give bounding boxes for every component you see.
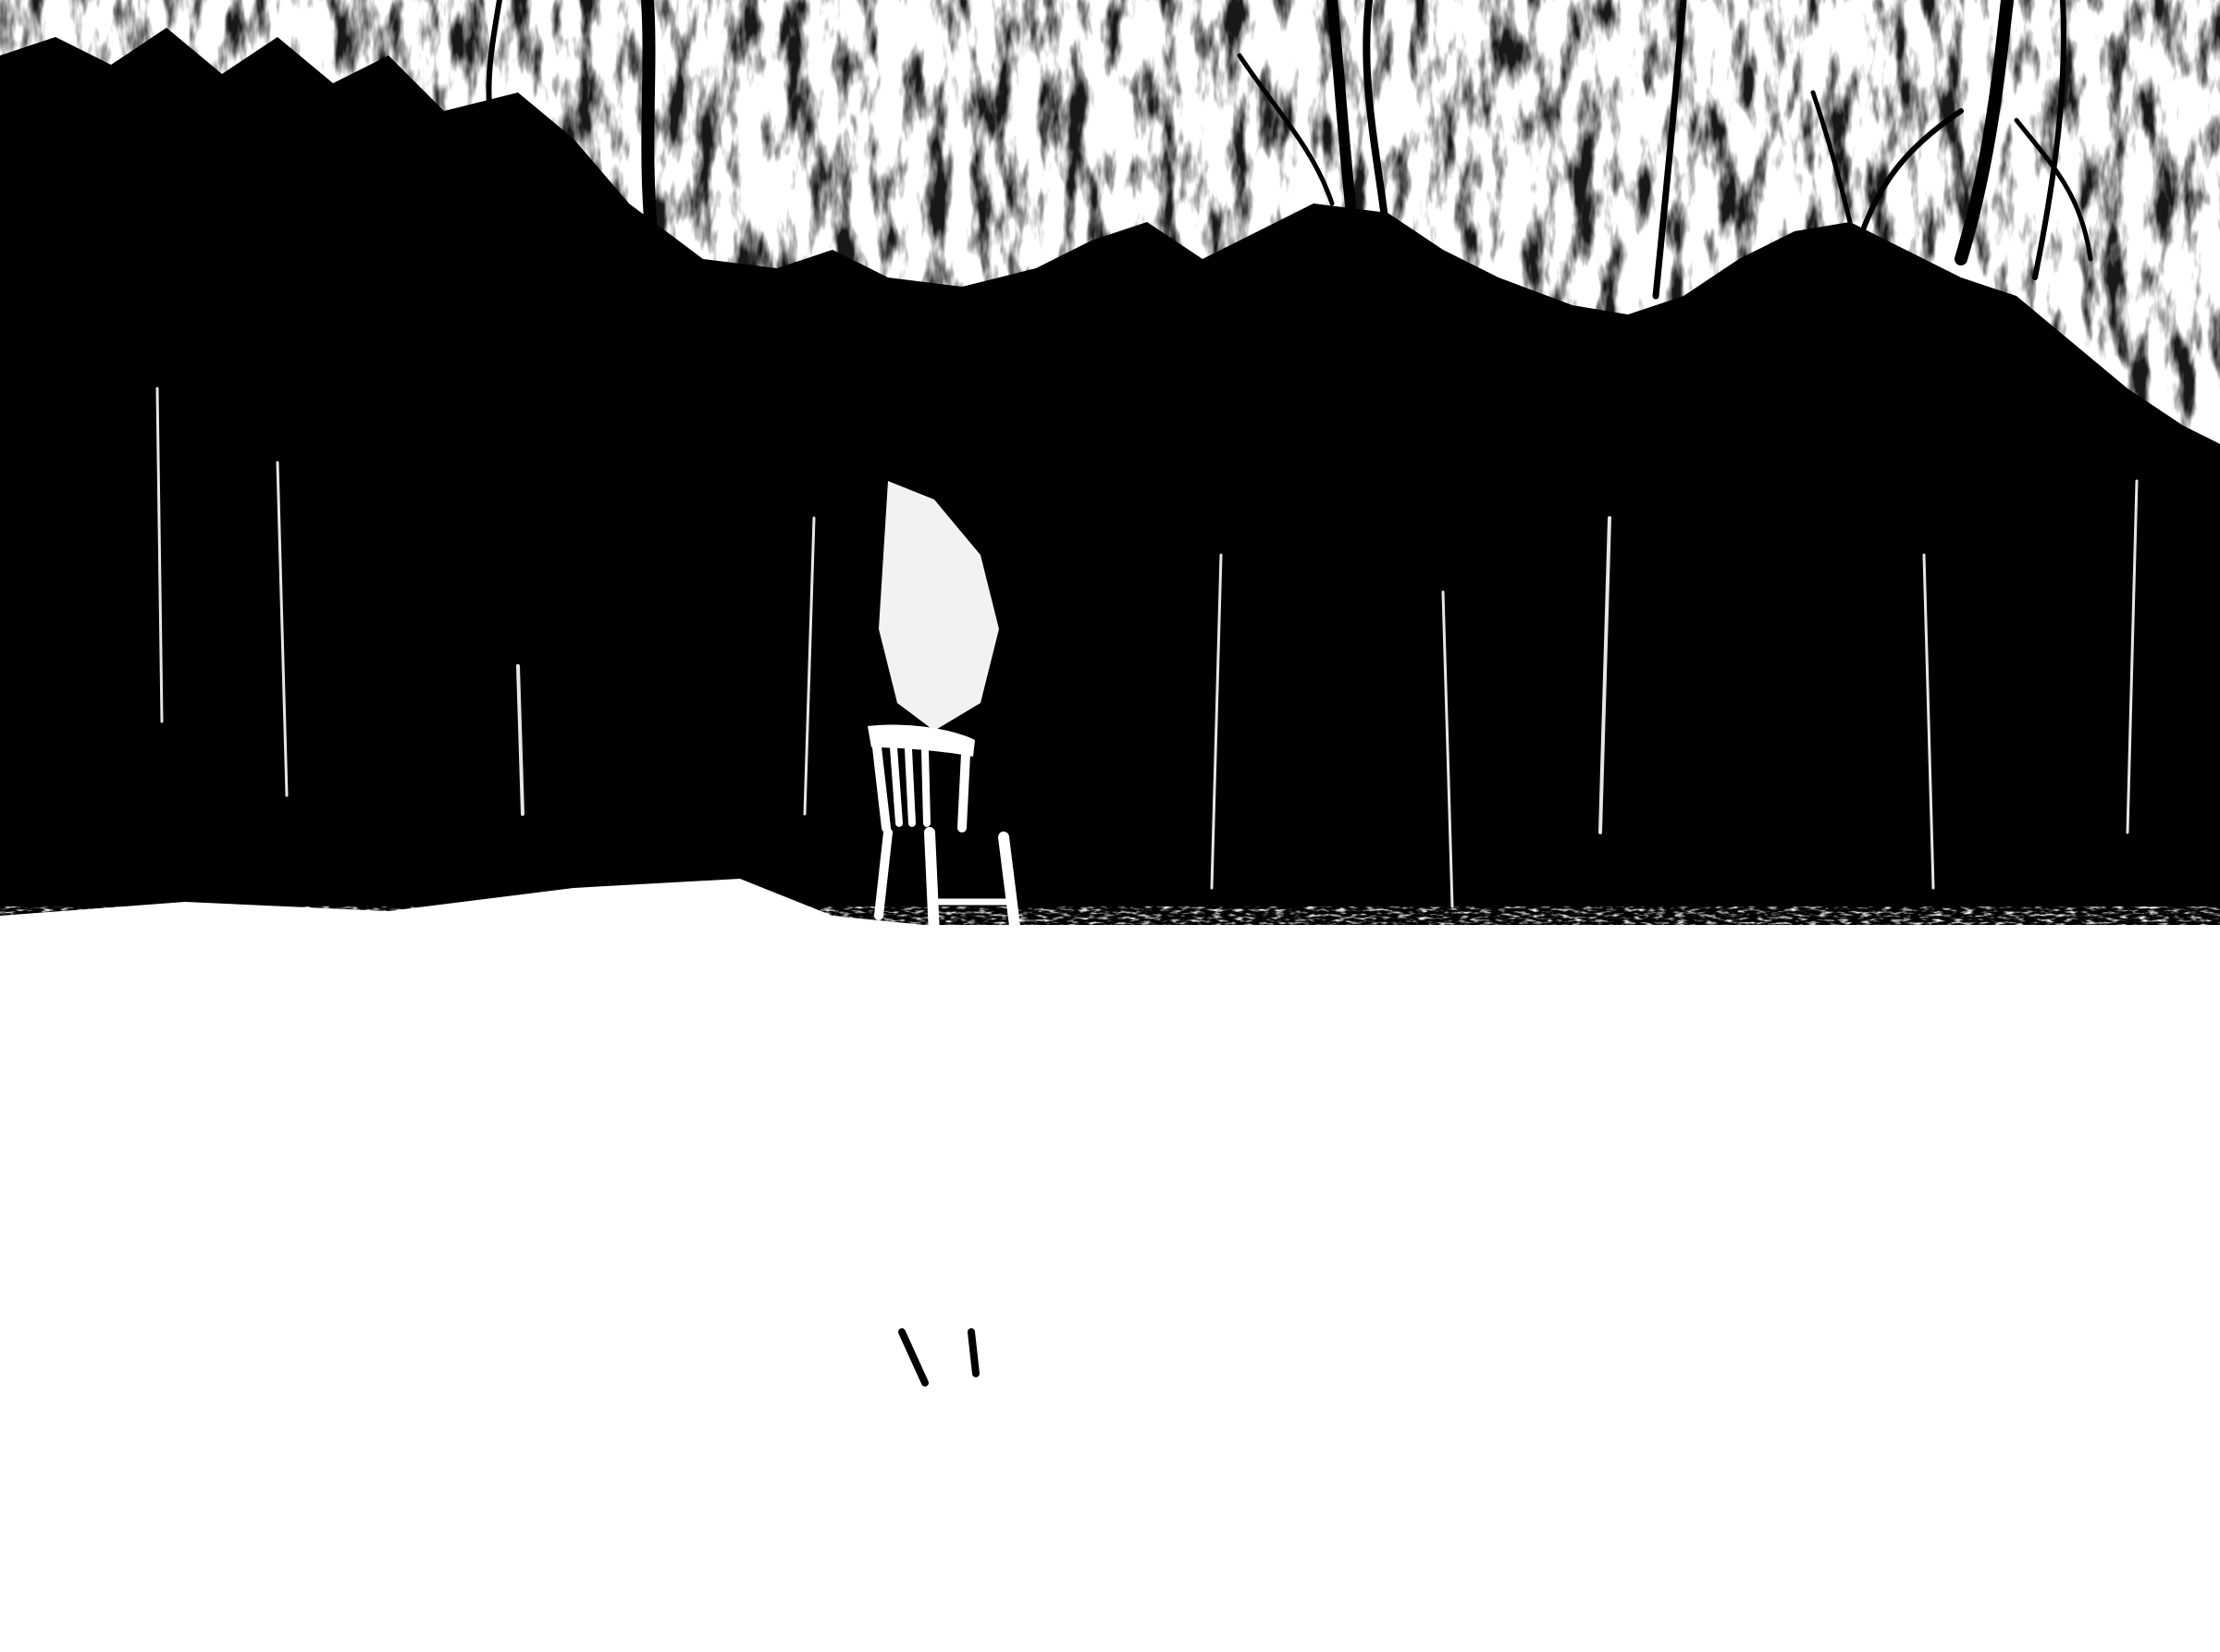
grass-field bbox=[0, 879, 2220, 1652]
photograph bbox=[0, 0, 2220, 1652]
woodland bbox=[0, 0, 2220, 925]
